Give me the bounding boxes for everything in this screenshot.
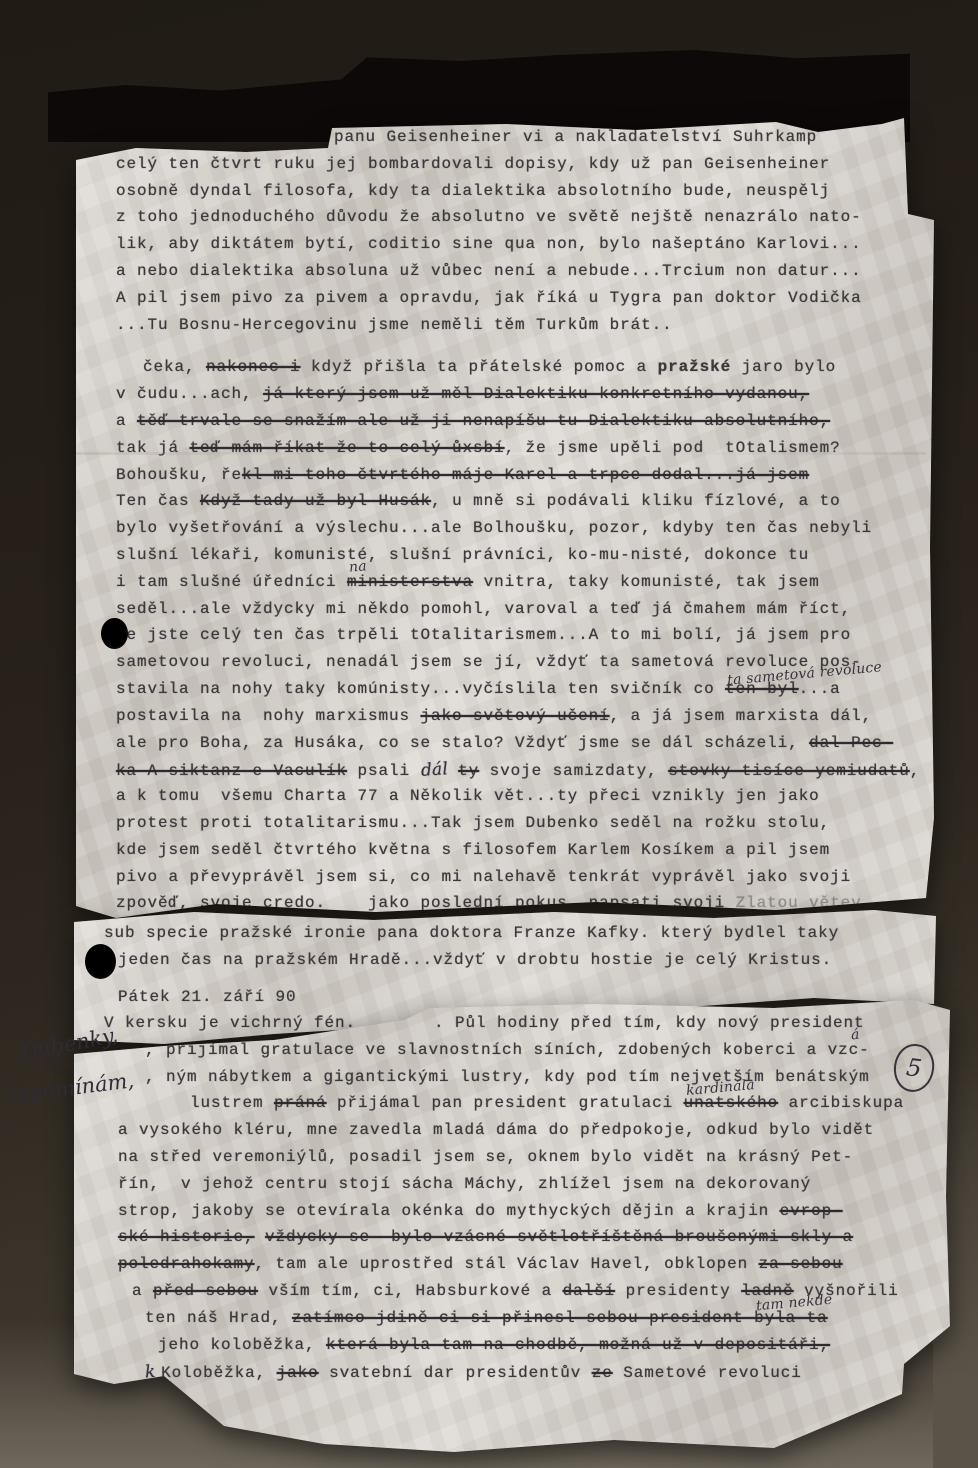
typed-text (448, 762, 459, 780)
typed-text: a (116, 412, 137, 430)
typed-line: z toho jednoduchého důvodu že absolutno … (116, 208, 924, 235)
typed-text: pivo a převyprávěl jsem si, co mi naleha… (116, 868, 851, 886)
manuscript-page-bottom: . Půl hodiny před tím, kdy nový presiden… (74, 996, 950, 1464)
typed-line: i tam slušné úředníci naministerstva vni… (116, 573, 924, 600)
typed-line: protest proti totalitarismu...Tak jsem D… (116, 814, 924, 841)
line-gap (104, 978, 926, 988)
typed-line: kde jsem seděl čtvrtého května s filosof… (116, 841, 924, 868)
typed-line: poledrahokamy, tam ale uprostřed stál Vá… (118, 1255, 940, 1282)
typed-line: ské historie, vždycky se bylo vzácné svě… (118, 1228, 940, 1255)
annotated-text: naministerstva (347, 573, 473, 591)
typed-text: a (132, 1282, 153, 1300)
typed-text: i tam slušné úředníci (116, 573, 347, 591)
annotated-text: tam nekdebyla ta (754, 1309, 828, 1327)
struck-text: stovky tisíce yemiudatů (668, 762, 910, 780)
typed-line: řín, v jehož centru stojí sácha Máchy, z… (118, 1175, 940, 1202)
typed-text: a vysokého kléru, mne zavedla mladá dáma… (118, 1121, 874, 1139)
typed-text: , u mně si podávali kliku fízlové, a to (431, 492, 841, 510)
typed-line: k Koloběžka, jako svatební dar president… (118, 1362, 940, 1389)
typed-line: celý ten čtvrt ruku jej bombardovali dop… (116, 155, 924, 182)
typed-text-column: panu Geisenheiner vi a nakladatelství Su… (116, 128, 924, 921)
fold-crease (76, 452, 926, 455)
typed-text: Sametové revoluci (613, 1364, 802, 1382)
typed-text: pražské (658, 358, 732, 376)
typed-text: Bohoušku, ře (116, 466, 242, 484)
struck-text: jako světový učení (421, 707, 610, 725)
typed-text: svoje samizdaty, (479, 762, 668, 780)
typed-text: strop, jakoby se otevírala okénka do myt… (118, 1202, 780, 1220)
typed-text: svatební dar presidentův (319, 1364, 592, 1382)
typed-text: seděl...ale vždycky mi někdo pomohl, var… (116, 600, 851, 618)
typed-text: , přijímal gratulace ve slavnostních sín… (145, 1041, 849, 1059)
handwritten-annotation: na (348, 558, 367, 575)
struck-text: dal Pec- (809, 734, 893, 752)
typed-text: lik, aby diktátem bytí, coditio sine qua… (116, 235, 862, 253)
typed-text: bylo vyšetřování a výslechu...ale Bolhou… (116, 519, 872, 537)
typed-line: ten náš Hrad, zatímco jdině ci si přines… (118, 1309, 940, 1336)
typed-text: vnitra, taky komunisté, tak jsem (473, 573, 820, 591)
typed-text: přijámal pan president gratulaci (327, 1094, 684, 1112)
typed-text: ten náš Hrad, (145, 1309, 292, 1327)
typed-text: jeden čas na pražském Hradě...vždyť v dr… (118, 951, 832, 969)
struck-text: před sebou (153, 1282, 258, 1300)
typed-text: sametovou revoluci, nenadál jsem se jí, … (116, 653, 862, 671)
typed-text: psali (347, 762, 421, 780)
handwritten-word: dál (420, 759, 448, 781)
typed-text: že jste celý ten čas trpěli tOtalitarism… (116, 626, 851, 644)
paper-sheet: . Půl hodiny před tím, kdy nový presiden… (74, 996, 950, 1464)
typed-line: pivo a převyprávěl jsem si, co mi naleha… (116, 868, 924, 895)
handwritten-annotation: á (850, 1026, 860, 1043)
struck-text: těď trvale se snažím ale už ji nenapíšu … (137, 412, 830, 430)
typed-text: ale pro Boha, za Husáka, co se stalo? Vž… (116, 734, 809, 752)
typed-line: panu Geisenheiner vi a nakladatelství Su… (116, 128, 924, 155)
struck-text: Když tady už byl Husák (200, 492, 431, 510)
typed-line: slušní lékaři, komunisté, slušní právníc… (116, 546, 924, 573)
typed-text: na střed veremoniýlů, posadil jsem se, o… (118, 1148, 853, 1166)
struck-text: ty (458, 762, 479, 780)
typed-text: arcibiskupa (778, 1094, 904, 1112)
annotated-text: kardinálaunatského (684, 1094, 779, 1112)
typed-text: panu Geisenheiner vi a nakladatelství Su… (334, 128, 817, 146)
typed-text: , tam ale uprostřed stál Václav Havel, o… (255, 1255, 759, 1273)
typed-text: . Půl hodiny před tím, kdy nový presiden… (434, 1014, 865, 1032)
struck-text: ka A siktanz e Vaculík (116, 762, 347, 780)
struck-text: ské historie, (118, 1228, 255, 1246)
typed-text: jeho koloběžka, (158, 1336, 326, 1354)
typed-text: a k tomu všemu Charta 77 a Několik vět..… (116, 787, 820, 805)
typed-text: ...Tu Bosnu-Hercegovinu jsme neměli těm … (116, 316, 673, 334)
typed-line: , ným nábytkem a gigantickými lustry, kd… (118, 1068, 940, 1095)
typed-line: A pil jsem pivo za pivem a opravdu, jak … (116, 289, 924, 316)
typed-line: v čudu...ach, já který jsem už měl Diale… (116, 385, 924, 412)
typed-line: jeho koloběžka, která byla tam na chodbě… (118, 1336, 940, 1363)
typed-line: ka A siktanz e Vaculík psali dál ty svoj… (116, 760, 924, 787)
typed-text: osobně dyndal filosofa, kdy ta dialektik… (116, 182, 830, 200)
typed-text: Ten čas (116, 492, 200, 510)
typed-text: Koloběžka, (161, 1364, 277, 1382)
typed-line: že jste celý ten čas trpěli tOtalitarism… (116, 626, 924, 653)
struck-text: evrop- (780, 1202, 843, 1220)
struck-text: zatímco jdině ci si přinesl sebou presid… (292, 1309, 754, 1327)
typed-text: stavila na nohy taky komúnisty...vyčísli… (116, 680, 725, 698)
typed-text: , ným nábytkem a gigantickými lustry, kd… (145, 1068, 870, 1086)
struck-text: jako (277, 1364, 319, 1382)
typed-line: postavila na nohy marxismus jako světový… (116, 707, 924, 734)
typed-line: čeka, nakonec i když přišla ta přátelské… (116, 358, 924, 385)
typed-text: postavila na nohy marxismus (116, 707, 421, 725)
typed-line: bylo vyšetřování a výslechu...ale Bolhou… (116, 519, 924, 546)
typed-text: sub specie pražské ironie pana doktora F… (104, 924, 839, 942)
struck-text: práná (274, 1094, 327, 1112)
typed-line: a nebo dialektika absoluna už vůbec není… (116, 262, 924, 289)
struck-text: nakonec i (206, 358, 301, 376)
typed-text: , a já jsem marxista dál, (610, 707, 873, 725)
line-gap (116, 342, 924, 358)
manuscript-photograph: panu Geisenheiner vi a nakladatelství Su… (0, 0, 978, 1468)
typed-line: jeden čas na pražském Hradě...vždyť v dr… (104, 951, 926, 978)
typed-line: lik, aby diktátem bytí, coditio sine qua… (116, 235, 924, 262)
typed-text: kde jsem seděl čtvrtého května s filosof… (116, 841, 830, 859)
typed-text (255, 1228, 266, 1246)
struck-text: ze (592, 1364, 613, 1382)
typed-line: a k tomu všemu Charta 77 a Několik vět..… (116, 787, 924, 814)
struck-text: za sebou (759, 1255, 843, 1273)
typed-text: lustrem (190, 1094, 274, 1112)
typed-text: řín, v jehož centru stojí sácha Máchy, z… (118, 1175, 811, 1193)
struck-text: já který jsem už měl Dialektiku konkretn… (263, 385, 809, 403)
struck-text: kl mi toho čtvrtého máje Karel a trpce d… (242, 466, 809, 484)
typed-line: a vysokého kléru, mne zavedla mladá dáma… (118, 1121, 940, 1148)
struck-text: další (563, 1282, 616, 1300)
struck-text: vždycky se bylo vzácné světlotříštěná br… (265, 1228, 853, 1246)
typed-text: když přišla ta přátelské pomoc a (301, 358, 658, 376)
typed-line: ale pro Boha, za Husáka, co se stalo? Vž… (116, 734, 924, 761)
typed-text: vším tím, ci, Habsburkové a (258, 1282, 563, 1300)
typed-text: v čudu...ach, (116, 385, 263, 403)
typed-text: slušní lékaři, komunisté, slušní právníc… (116, 546, 809, 564)
annotated-text: ta sametová revoluceten byl (725, 680, 799, 698)
struck-text: ministerstva (347, 573, 473, 591)
typed-line: seděl...ale vždycky mi někdo pomohl, var… (116, 600, 924, 627)
typed-line: ...Tu Bosnu-Hercegovinu jsme neměli těm … (116, 316, 924, 343)
typed-line: a těď trvale se snažím ale už ji nenapíš… (116, 412, 924, 439)
typed-line: osobně dyndal filosofa, kdy ta dialektik… (116, 182, 924, 209)
punch-hole (85, 944, 116, 979)
typed-text: protest proti totalitarismu...Tak jsem D… (116, 814, 830, 832)
typed-line: stavila na nohy taky komúnisty...vyčísli… (116, 680, 924, 707)
punch-hole (101, 618, 128, 649)
struck-text: poledrahokamy (118, 1255, 255, 1273)
typed-text: jaro bylo (731, 358, 836, 376)
typed-text: ...a (799, 680, 841, 698)
typed-text: z toho jednoduchého důvodu že absolutno … (116, 208, 862, 226)
page-number: 5 (905, 1053, 924, 1083)
typed-text: , (910, 762, 921, 780)
typed-text-column: . Půl hodiny před tím, kdy nový presiden… (118, 1014, 940, 1389)
typed-text: celý ten čtvrt ruku jej bombardovali dop… (116, 155, 830, 173)
typed-text: c- (849, 1041, 870, 1059)
typed-text: čeka, (143, 358, 206, 376)
struck-text: která byla tam na chodbě, možná už v dep… (326, 1336, 830, 1354)
handwritten-word: k (144, 1362, 161, 1383)
typed-line: strop, jakoby se otevírala okénka do myt… (118, 1202, 940, 1229)
typed-text: A pil jsem pivo za pivem a opravdu, jak … (116, 289, 862, 307)
manuscript-page-top: panu Geisenheiner vi a nakladatelství Su… (76, 118, 934, 920)
annotated-text: ác- (849, 1041, 870, 1059)
typed-line: na střed veremoniýlů, posadil jsem se, o… (118, 1148, 940, 1175)
typed-line: lustrem práná přijámal pan president gra… (118, 1094, 940, 1121)
typed-text: presidenty (615, 1282, 741, 1300)
typed-line: sub specie pražské ironie pana doktora F… (104, 924, 926, 951)
typed-line: Bohoušku, řekl mi toho čtvrtého máje Kar… (116, 466, 924, 493)
typed-text: a nebo dialektika absoluna už vůbec není… (116, 262, 862, 280)
typed-line: Ten čas Když tady už byl Husák, u mně si… (116, 492, 924, 519)
typed-line: . Půl hodiny před tím, kdy nový presiden… (118, 1014, 940, 1041)
paper-sheet: panu Geisenheiner vi a nakladatelství Su… (76, 118, 934, 920)
typed-line: , přijímal gratulace ve slavnostních sín… (118, 1041, 940, 1068)
